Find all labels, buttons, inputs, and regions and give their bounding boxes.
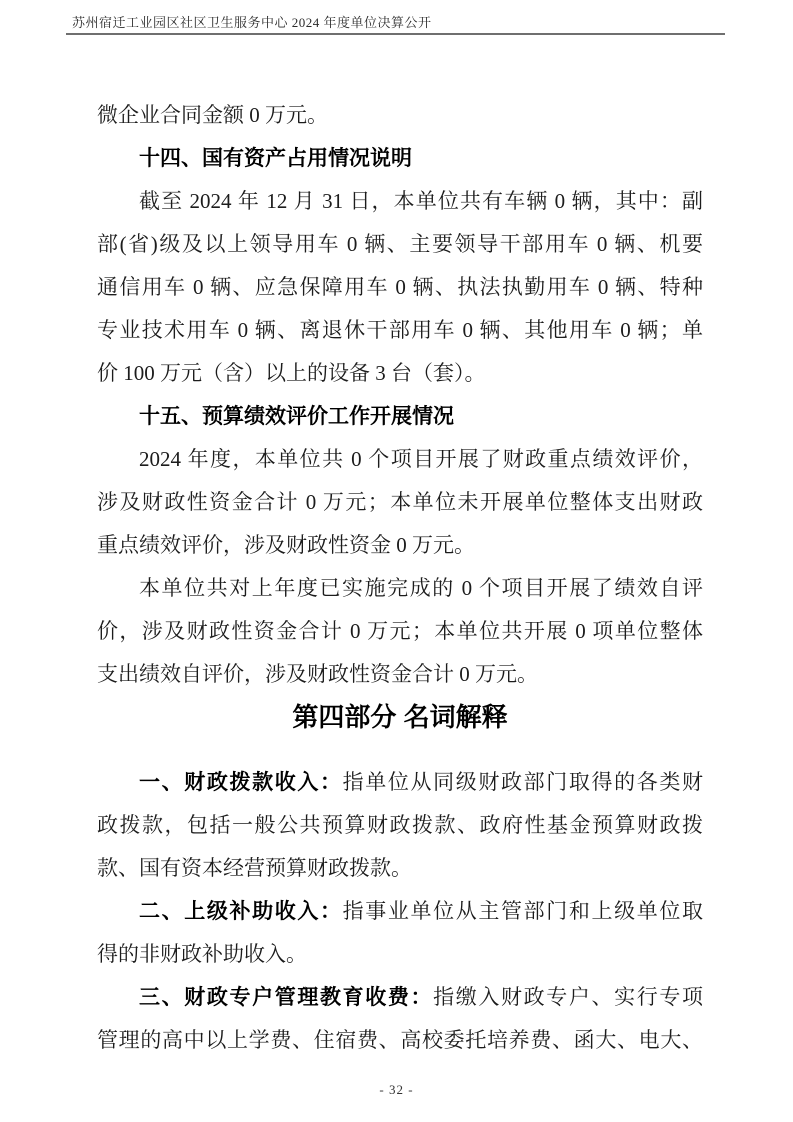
text-line: 涉及财政性资金合计 0 万元；本单位未开展单位整体支出财政 [97,481,703,524]
text-line: 政拨款，包括一般公共预算财政拨款、政府性基金预算财政拨 [97,804,703,847]
definition-line: 二、上级补助收入：指事业单位从主管部门和上级单位取 [97,890,703,933]
document-page: 苏州宿迁工业园区社区卫生服务中心 2024 年度单位决算公开 微企业合同金额 0… [0,0,793,1122]
definition-line: 一、财政拨款收入：指单位从同级财政部门取得的各类财 [97,761,703,804]
text-line: 通信用车 0 辆、应急保障用车 0 辆、执法执勤用车 0 辆、特种 [97,266,703,309]
text-line: 截至 2024 年 12 月 31 日，本单位共有车辆 0 辆，其中：副 [97,180,703,223]
text-line: 微企业合同金额 0 万元。 [97,94,703,137]
page-number: - 32 - [0,1082,793,1098]
text-line: 得的非财政补助收入。 [97,933,703,976]
text-line: 价，涉及财政性资金合计 0 万元；本单位共开展 0 项单位整体 [97,610,703,653]
definition-text: 指缴入财政专户、实行专项 [433,985,703,1009]
text-line: 款、国有资本经营预算财政拨款。 [97,847,703,890]
definition-text: 指事业单位从主管部门和上级单位取 [343,899,703,923]
header-rule [66,33,725,35]
definition-line: 三、财政专户管理教育收费：指缴入财政专户、实行专项 [97,976,703,1019]
part-four-title: 第四部分 名词解释 [97,696,703,739]
document-body: 微企业合同金额 0 万元。 十四、国有资产占用情况说明 截至 2024 年 12… [97,94,703,1062]
definition-term: 二、上级补助收入： [139,900,343,923]
section-heading-14: 十四、国有资产占用情况说明 [97,137,703,180]
text-line: 管理的高中以上学费、住宿费、高校委托培养费、函大、电大、 [97,1019,703,1062]
text-line: 本单位共对上年度已实施完成的 0 个项目开展了绩效自评 [97,567,703,610]
definition-term: 三、财政专户管理教育收费： [139,986,433,1009]
text-line: 2024 年度，本单位共 0 个项目开展了财政重点绩效评价， [97,438,703,481]
definition-text: 指单位从同级财政部门取得的各类财 [343,770,703,794]
section-heading-15: 十五、预算绩效评价工作开展情况 [97,395,703,438]
text-line: 专业技术用车 0 辆、离退休干部用车 0 辆、其他用车 0 辆；单 [97,309,703,352]
definition-term: 一、财政拨款收入： [139,771,343,794]
header-title: 苏州宿迁工业园区社区卫生服务中心 2024 年度单位决算公开 [72,14,725,31]
text-line: 价 100 万元（含）以上的设备 3 台（套）。 [97,352,703,395]
text-line: 重点绩效评价，涉及财政性资金 0 万元。 [97,524,703,567]
page-header: 苏州宿迁工业园区社区卫生服务中心 2024 年度单位决算公开 [66,14,725,35]
text-line: 部(省)级及以上领导用车 0 辆、主要领导干部用车 0 辆、机要 [97,223,703,266]
text-line: 支出绩效自评价，涉及财政性资金合计 0 万元。 [97,653,703,696]
